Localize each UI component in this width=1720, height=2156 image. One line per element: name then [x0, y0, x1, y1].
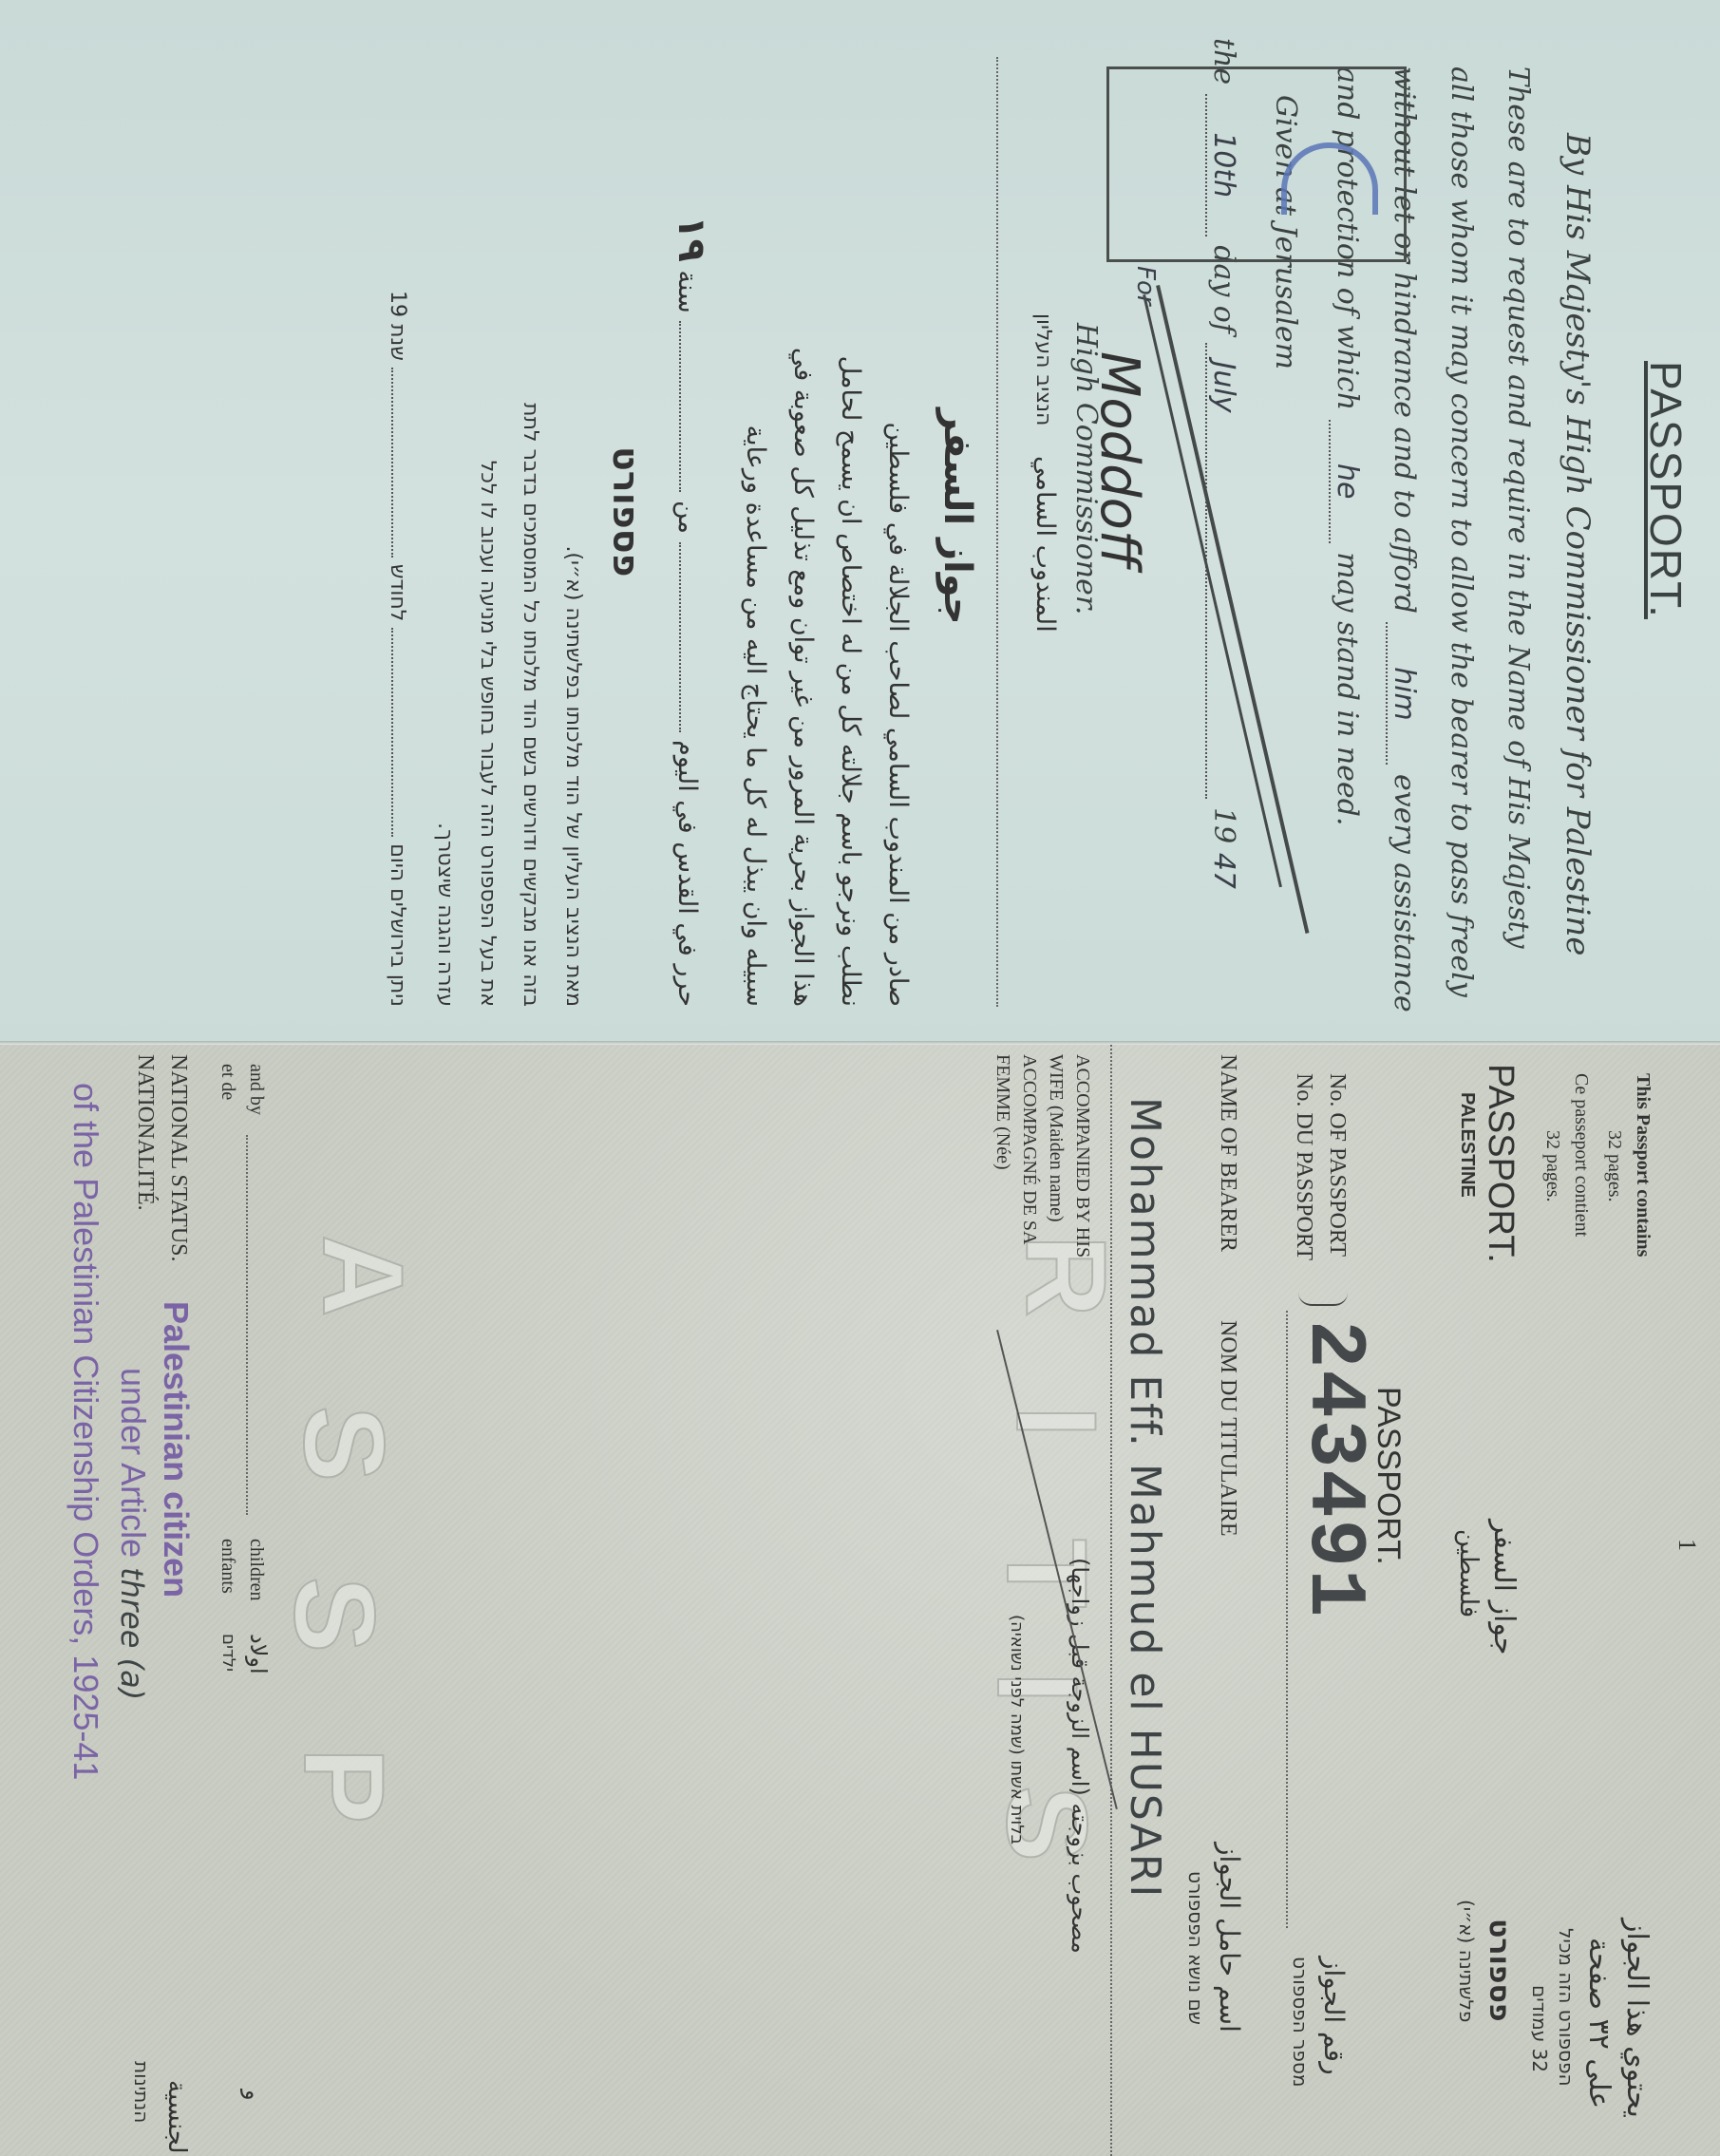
number-label-he: מספר הפספורט [1289, 1957, 1312, 2087]
watermark-letter: S [278, 1406, 409, 1482]
static-text: every assistance [1388, 774, 1421, 1012]
commissioner-label: High Commissioner. [1069, 323, 1103, 615]
hebrew-date-line: ניתן בירושלים היום לחודש שנת 19 [386, 133, 409, 1007]
arabic-heading: جواز السفر [936, 408, 979, 625]
wife-label-en: ACCOMPANIED BY HIS [1071, 1054, 1093, 1258]
hebrew-year: 19 [386, 291, 409, 317]
static-text: ניתן בירושלים היום [386, 843, 409, 1007]
wife-label-he: בלוית אשתו (שמה לפני נשואיה) [1007, 1615, 1027, 1844]
nationality-orders: of the Palestinian Citizenship Orders, 1… [66, 1083, 105, 1780]
children-label: children [245, 1539, 267, 1601]
arabic-day-field [679, 542, 681, 732]
page-title: PASSPORT. [1640, 361, 1692, 619]
wife-label-ar: مصحوب بزوجته (اسم الزوجة قبل زواجها) [1067, 1558, 1093, 1954]
and-by-label: and by [245, 1064, 267, 1115]
contains-en: This Passport contains [1632, 1073, 1654, 1257]
bearer-underline [1110, 1045, 1112, 2156]
enfants-label: enfants [217, 1539, 238, 1594]
page-number: 1 [1673, 1539, 1701, 1551]
hebrew-day-field [391, 628, 393, 837]
header-he-passport: פספורט [1483, 1919, 1516, 2022]
bearer-label-en: NAME OF BEARER [1215, 1054, 1240, 1252]
arabic-month-field [679, 321, 681, 492]
watermark-letter: S [269, 1577, 400, 1653]
brace [1298, 1287, 1348, 1306]
hebrew-line: מאת הנציב העליון של הוד מלכותו בפלשתינה … [561, 133, 585, 1007]
contains-fr: Ce passeport contient [1570, 1073, 1592, 1237]
header-he-country: פלשתינה (א״י) [1455, 1900, 1478, 2022]
bearer-label-fr: NOM DU TITULAIRE [1215, 1320, 1240, 1537]
children-label-he: ילדים [218, 1634, 238, 1672]
number-label-fr: No. DU PASSPORT [1291, 1073, 1316, 1260]
contains-ar: يحتوي هذا الجواز [1620, 1919, 1654, 2118]
static-text: من [672, 501, 702, 534]
arabic-commissioner-label: المندوب السامي [1030, 456, 1060, 633]
arabic-line: نطلب ونرجو باسم جلالته كل من له اختصاص ا… [836, 133, 865, 1007]
static-text: under Article [114, 1368, 153, 1558]
article-number-field: three (a) [114, 1567, 150, 1700]
watermark-letter: I [991, 1406, 1122, 1437]
arabic-date-line: حرر في القدس في اليوم من سنة ١٩ [670, 133, 713, 1007]
static-text: may stand in need. [1331, 552, 1364, 825]
et-de-label: et de [217, 1064, 238, 1100]
arabic-line: سبيله وان يبذل له كل ما يحتاج اليه من مس… [741, 133, 770, 1007]
contains-he-pages: 32 עמודים [1528, 1985, 1551, 2072]
nationality-stamp: Palestinian citizen [156, 1301, 196, 1598]
contains-he: הפספורט הזה מכיל [1555, 1928, 1578, 2087]
year-prefix: 19 [1207, 807, 1240, 843]
wife-label-en-2: WIFE (Maiden name) [1045, 1054, 1067, 1222]
nationality-label-ar: الجنسية [162, 2080, 191, 2156]
hebrew-month-field [391, 368, 393, 558]
request-line-2: all those whom it may concern to allow t… [1445, 66, 1478, 997]
left-page: PASSPORT. By His Majesty's High Commissi… [0, 0, 1720, 1045]
children-and-ar: و [240, 2090, 267, 2101]
contains-en-pages: 32 pages. [1603, 1130, 1625, 1202]
children-field[interactable] [246, 1135, 248, 1515]
hebrew-commissioner-label: הנציב העליון [1031, 313, 1055, 426]
number-label-en: No. OF PASSPORT [1324, 1073, 1350, 1257]
hebrew-line: עזרה והגנה שיצטרך. [433, 133, 457, 1007]
static-text: سنة [672, 271, 702, 313]
watermark-letter: A [297, 1235, 428, 1317]
header-country: PALESTINE [1456, 1092, 1478, 1198]
contains-fr-pages: 32 pages. [1541, 1130, 1563, 1202]
bearer-label-ar: اسم حامل الجواز [1214, 1843, 1245, 2033]
pronoun-field-2: he [1329, 420, 1364, 543]
wife-label-fr: ACCOMPAGNÉ DE SA [1018, 1054, 1040, 1244]
static-text: שנת [386, 324, 409, 361]
hebrew-line: בזה אנו מבקשים ודורשים בשם הוד מלכותו כל… [519, 133, 542, 1007]
nationality-label-en: NATIONAL STATUS. [165, 1054, 191, 1262]
right-page: R I T I S A S S P 1 This Passport contai… [0, 1045, 1720, 2156]
nationality-label-fr: NATIONALITÉ. [132, 1054, 158, 1211]
request-line: These are to request and require in the … [1502, 66, 1535, 949]
arabic-line: هذا الجواز بحرية المرور من غير توان ومع … [788, 133, 818, 1007]
header-ar-passport: جواز السفر [1487, 1520, 1521, 1655]
number-label-ar: رقم الجواز [1318, 1957, 1350, 2075]
hebrew-line: את בעל הפספורט הזה לעבור בחופש בלי מניעה… [476, 133, 500, 1007]
bearer-label-he: שם נושא הפספורט [1184, 1871, 1207, 2025]
static-text: לחודש [386, 564, 409, 621]
watermark-letter: P [278, 1748, 409, 1824]
static-text: حرر في القدس في اليوم [672, 740, 702, 1007]
arabic-year: ١٩ [670, 216, 713, 262]
issuer-line: By His Majesty's High Commissioner for P… [1559, 133, 1597, 955]
passport-spread: PASSPORT. By His Majesty's High Commissi… [0, 0, 1720, 2156]
number-underline [1286, 1311, 1288, 1928]
bearer-name: Mohammad Eff. Mahmud el HUSARI [1121, 1097, 1169, 1899]
header-ar-country: فلسطين [1454, 1529, 1483, 1617]
passport-number: 243491 [1288, 1320, 1378, 1618]
children-label-ar: اولاد [245, 1634, 272, 1674]
wife-label-fr-2: FEMME (Née) [992, 1054, 1013, 1170]
nationality-label-he: הנתינות [130, 2061, 153, 2123]
year-field: 47 [1207, 853, 1240, 889]
contains-ar-pages: على ٣٢ صفحة [1582, 1938, 1616, 2109]
header-passport: PASSPORT. [1480, 1064, 1521, 1263]
arabic-line: صادر من المندوب السامي لصاحب الجلالة في … [883, 133, 913, 1007]
divider [996, 57, 998, 1007]
pronoun-field: him [1386, 622, 1421, 765]
nationality-article: under Article three (a) [113, 1368, 153, 1700]
hebrew-heading: פספורט [605, 446, 647, 577]
